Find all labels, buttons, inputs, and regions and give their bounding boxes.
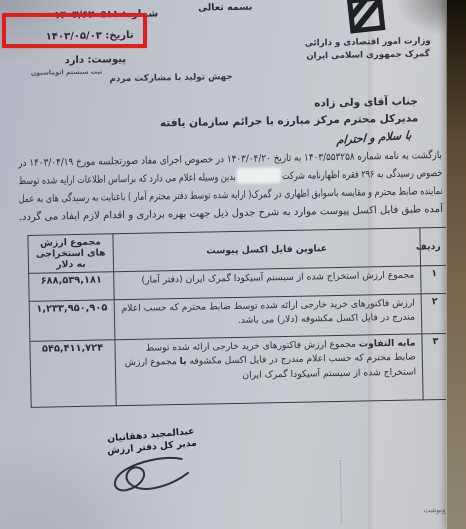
header-excel-titles: عناوین فایل اکسل پیوست (113, 228, 421, 272)
letter-page: بسمه تعالی وزارت امور اقتصادی و دارائی گ… (0, 0, 466, 529)
row-value: ۵۴۵,۴۱۱,۷۲۴ (30, 340, 116, 408)
body-line-2-before: خصوص رسیدگی به ۲۹۶ فقره اظهارنامه شرکت (282, 168, 442, 182)
row-description: مابه التفاوت مجموع ارزش فاکتورهای خرید خ… (115, 334, 423, 406)
recipient-title: مدیرکل محترم مرکز مبارزه با جرائم سازمان… (160, 112, 418, 129)
header-total-values: مجموع ارزش های استخراجی به دلار (28, 234, 114, 274)
document-photo: بسمه تعالی وزارت امور اقتصادی و دارائی گ… (0, 0, 466, 529)
automation-system-note: ثبت سیستم اتوماسیون (24, 68, 102, 76)
customs-org-name: گمرک جمهوری اسلامی ایران (294, 49, 442, 62)
body-line-2-after: بدین وسیله اعلام می دارد که براساس اطلاع… (19, 172, 236, 187)
row-description: ارزش فاکتورهای خرید خارجی ارائه شده توسط… (114, 294, 422, 340)
header-row-number: ردیف (420, 227, 448, 266)
signature-flourish (102, 453, 193, 505)
attachment-note: پیوست: دارد (16, 54, 126, 67)
ministry-name: وزارت امور اقتصادی و دارائی (294, 36, 442, 49)
row-description-bold-lead: مابه التفاوت (359, 338, 416, 350)
redaction-box (238, 169, 280, 182)
year-slogan: جهش تولید با مشارکت مردم (109, 72, 232, 84)
row-value: ۶۸۸,۵۳۹,۱۸۱ (29, 272, 115, 302)
photo-edge-strip (446, 0, 466, 529)
row-number: ۲ (421, 293, 449, 334)
table-row: ۳ مابه التفاوت مجموع ارزش فاکتورهای خرید… (30, 333, 450, 407)
paper-fold-mark (340, 460, 342, 524)
values-table: ردیف عناوین فایل اکسل پیوست مجموع ارزش ه… (27, 227, 450, 408)
greeting-calligraphy: با سلام و احترام (336, 129, 412, 147)
bismillah-text: بسمه تعالی (198, 2, 253, 14)
iran-customs-logo-icon (343, 0, 390, 34)
row-value: ۱,۲۳۳,۹۵۰,۹۰۵ (29, 300, 115, 342)
date-highlight-box (2, 13, 147, 48)
recipient-name: جناب آقای ولی زاده (314, 95, 418, 109)
row-number: ۱ (421, 265, 449, 294)
signature-stamp: عبدالمجید دهقانیان مدیر کل دفتر ارزش (106, 426, 198, 457)
